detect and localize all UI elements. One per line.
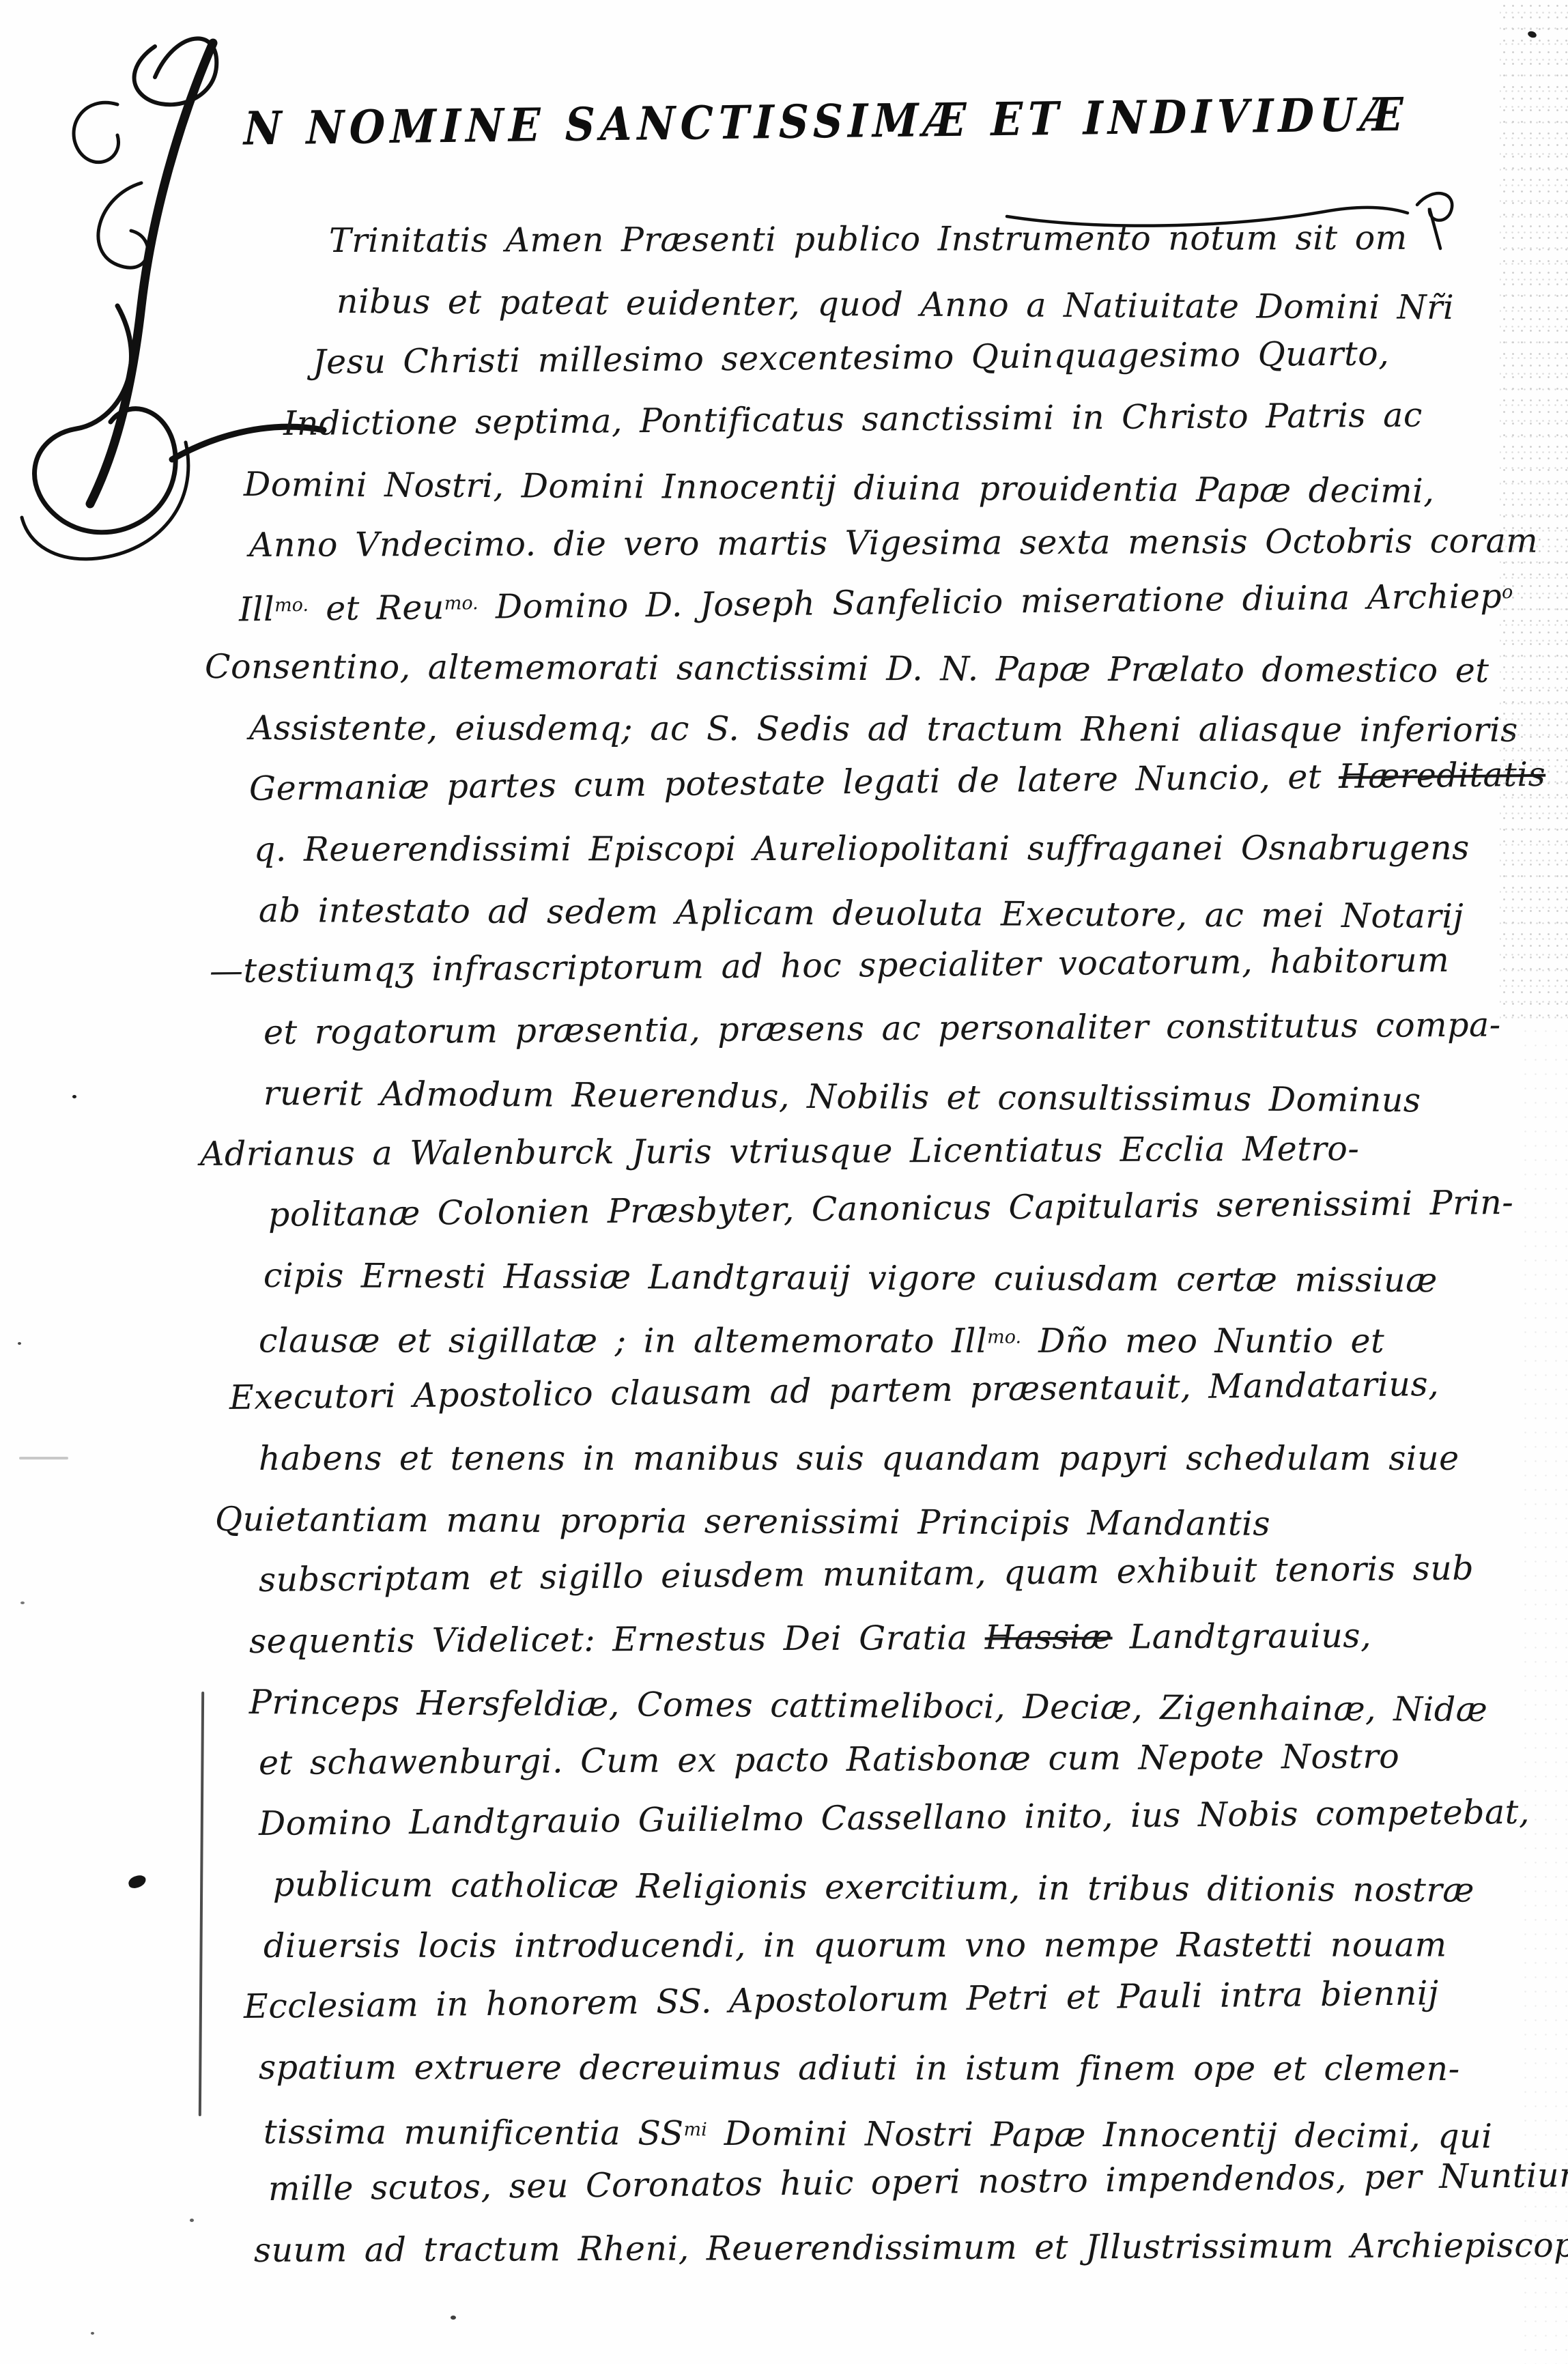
ink-blot [127,1874,147,1890]
text-segment: mo. [444,593,479,614]
text-segment: et schawenburgi. Cum ex pacto Ratisbonæ … [259,1737,1400,1782]
text-segment: Ill [239,590,275,629]
text-segment: nibus et pateat euidenter, quod Anno a N… [337,282,1454,327]
manuscript-line: Ecclesiam in honorem SS. Apostolorum Pet… [244,1972,1439,2028]
scan-noise-strip [1500,0,1568,1024]
manuscript-line: Anno Vndecimo. die vero martis Vigesima … [249,520,1538,567]
text-segment: Domini Nostri Papæ Innocentij decimi, qu… [707,2114,1493,2156]
text-segment: politanæ Colonien Præsbyter, Canonicus C… [268,1183,1514,1234]
ink-speck [91,2332,94,2335]
ink-speck [451,2316,456,2320]
text-segment: et Reu [309,588,444,628]
manuscript-line: Domino Landtgrauio Guilielmo Cassellano … [259,1791,1530,1845]
text-segment: Executori Apostolico clausam ad partem p… [229,1365,1440,1417]
faint-margin-dash [19,1457,68,1459]
text-segment: Jesu Christi millesimo sexcentesimo Quin… [313,334,1390,382]
manuscript-line: spatium extruere decreuimus adiuti in is… [259,2047,1460,2090]
text-segment: mo. [274,595,309,616]
manuscript-line: Jesu Christi millesimo sexcentesimo Quin… [313,333,1390,384]
manuscript-page: N NOMINE SANCTISSIMÆ ET INDIVIDUÆ Trinit… [0,0,1568,2364]
text-segment: Dño meo Nuntio et [1021,1321,1384,1360]
manuscript-line: —testiumqʒ infrascriptorum ad hoc specia… [210,939,1450,993]
text-segment: spatium extruere decreuimus adiuti in is… [259,2048,1460,2088]
manuscript-line: Germaniæ partes cum potestate legati de … [249,754,1546,810]
text-segment: Trinitatis Amen Præsenti publico Instrum… [329,218,1408,260]
manuscript-line: nibus et pateat euidenter, quod Anno a N… [337,281,1455,329]
manuscript-line: diuersis locis introducendi, in quorum v… [263,1924,1447,1967]
manuscript-line: et rogatorum præsentia, præsens ac perso… [263,1003,1501,1053]
manuscript-line: clausæ et sigillatæ ; in altememorato Il… [259,1316,1384,1363]
text-segment: cipis Ernesti Hassiæ Landtgrauij vigore … [263,1256,1438,1300]
scan-noise-strip [1520,1024,1568,2364]
text-segment: sequentis Videlicet: Ernestus Dei Gratia [249,1618,985,1660]
ink-speck [190,2219,194,2222]
manuscript-line: Adrianus a Walenburck Juris vtriusque Li… [200,1128,1360,1176]
text-segment: diuersis locis introducendi, in quorum v… [263,1925,1447,1965]
text-segment: Quietantiam manu propria serenissimi Pri… [215,1500,1270,1543]
text-segment: subscriptam et sigillo eiusdem munitam, … [259,1549,1474,1599]
manuscript-line: Consentino, altememorati sanctissimi D. … [205,646,1489,692]
text-segment: Indictione septima, Pontificatus sanctis… [283,395,1423,443]
text-segment: Germaniæ partes cum potestate legati de … [249,757,1339,808]
manuscript-line: cipis Ernesti Hassiæ Landtgrauij vigore … [263,1255,1438,1302]
text-segment: Assistente, eiusdemq; ac S. Sedis ad tra… [249,709,1518,750]
text-segment: mille scutos, seu Coronatos huic operi n… [268,2156,1568,2208]
manuscript-line: mille scutos, seu Coronatos huic operi n… [268,2154,1568,2210]
manuscript-line: subscriptam et sigillo eiusdem munitam, … [259,1548,1474,1601]
text-segment: Consentino, altememorati sanctissimi D. … [205,647,1489,690]
text-segment: Landtgrauius, [1112,1616,1371,1656]
manuscript-line: Assistente, eiusdemq; ac S. Sedis ad tra… [249,707,1518,752]
struck-word: Hassiæ [984,1617,1112,1657]
ink-speck [72,1095,76,1098]
manuscript-line: Executori Apostolico clausam ad partem p… [229,1363,1440,1419]
text-segment: —testiumqʒ infrascriptorum ad hoc specia… [210,941,1450,991]
manuscript-line: et schawenburgi. Cum ex pacto Ratisbonæ … [259,1735,1400,1784]
text-segment: Domini Nostri, Domini Innocentij diuina … [244,465,1435,511]
manuscript-line: ab intestato ad sedem Aplicam deuoluta E… [259,889,1464,938]
text-segment: tissima munificentia SS [263,2113,684,2153]
text-segment: Domino D. Joseph Sanfelicio miseratione … [478,577,1502,627]
manuscript-line: tissima munificentia SSmi Domini Nostri … [263,2107,1493,2158]
text-segment: Domino Landtgrauio Guilielmo Cassellano … [259,1793,1530,1843]
text-segment: clausæ et sigillatæ ; in altememorato Il… [259,1321,987,1360]
manuscript-line: sequentis Videlicet: Ernestus Dei Gratia… [249,1614,1371,1662]
text-segment: ruerit Admodum Reuerendus, Nobilis et co… [263,1074,1421,1120]
text-segment: et rogatorum præsentia, præsens ac perso… [263,1005,1501,1051]
text-segment: Princeps Hersfeldiæ, Comes cattimeliboci… [249,1683,1488,1729]
ink-speck [20,1601,25,1604]
text-segment: Adrianus a Walenburck Juris vtriusque Li… [200,1129,1360,1173]
margin-rule-line [199,1692,204,2116]
manuscript-line: q. Reuerendissimi Episcopi Aureliopolita… [254,827,1470,871]
ink-speck [18,1342,21,1345]
text-segment: mo. [987,1326,1021,1348]
manuscript-line: politanæ Colonien Præsbyter, Canonicus C… [268,1182,1514,1236]
text-segment: publicum catholicæ Religionis exercitium… [273,1865,1474,1910]
text-segment: Anno Vndecimo. die vero martis Vigesima … [249,522,1538,565]
manuscript-line: publicum catholicæ Religionis exercitium… [273,1864,1474,1912]
manuscript-lines: Trinitatis Amen Præsenti publico Instrum… [232,0,1543,2364]
manuscript-line: ruerit Admodum Reuerendus, Nobilis et co… [263,1072,1421,1122]
manuscript-line: habens et tenens in manibus suis quandam… [259,1438,1459,1480]
manuscript-line: Domini Nostri, Domini Innocentij diuina … [244,464,1435,513]
manuscript-line: Illmo. et Reumo. Domino D. Joseph Sanfel… [239,571,1513,631]
text-segment: q. Reuerendissimi Episcopi Aureliopolita… [254,829,1470,869]
manuscript-line: Trinitatis Amen Præsenti publico Instrum… [329,217,1408,262]
text-segment: mi [684,2119,707,2140]
manuscript-line: Princeps Hersfeldiæ, Comes cattimeliboci… [249,1681,1488,1731]
text-segment: ab intestato ad sedem Aplicam deuoluta E… [259,891,1464,936]
text-segment: habens et tenens in manibus suis quandam… [259,1439,1459,1478]
text-segment: suum ad tractum Rheni, Reuerendissimum e… [254,2225,1568,2270]
manuscript-line: Quietantiam manu propria serenissimi Pri… [215,1498,1270,1546]
text-segment: Ecclesiam in honorem SS. Apostolorum Pet… [244,1974,1439,2026]
manuscript-line: Indictione septima, Pontificatus sanctis… [283,394,1423,445]
manuscript-line: suum ad tractum Rheni, Reuerendissimum e… [254,2224,1568,2272]
